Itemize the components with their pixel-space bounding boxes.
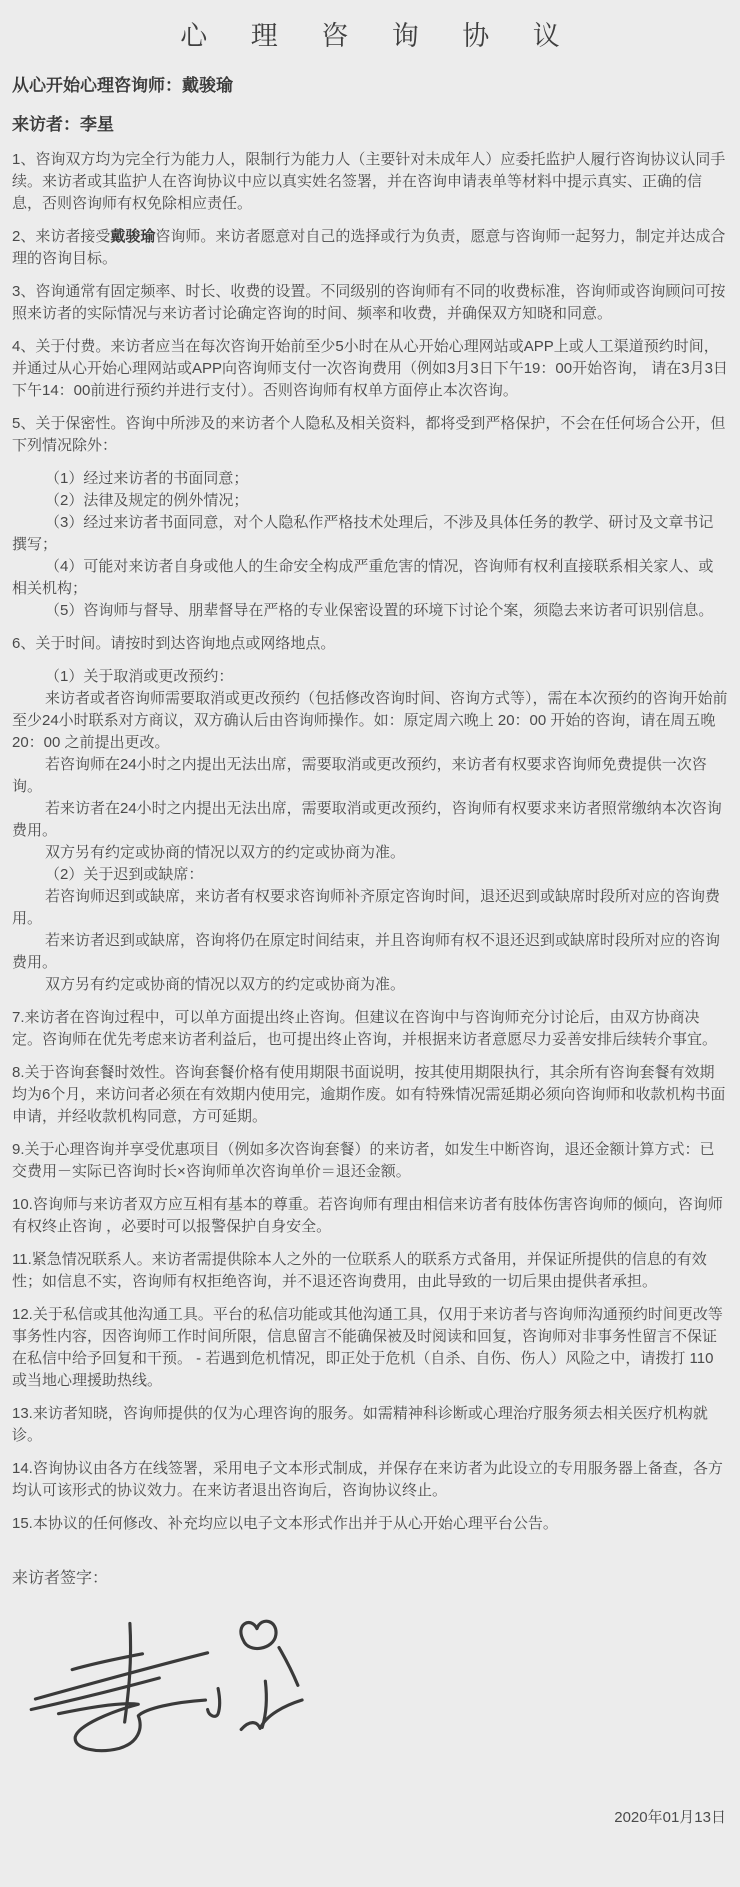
clause-paragraph: 3、咨询通常有固定频率、时长、收费的设置。不同级别的咨询师有不同的收费标准，咨询… (12, 281, 728, 325)
agreement-document: 心 理 咨 询 协 议 从心开始心理咨询师：戴骏瑜 来访者：李星 1、咨询双方均… (0, 0, 740, 1887)
clause-paragraph: 9.关于心理咨询并享受优惠项目（例如多次咨询套餐）的来访者，如发生中断咨询，退还… (12, 1139, 728, 1183)
clause-paragraph: 4、关于付费。来访者应当在每次咨询开始前至少5小时在从心开始心理网站或APP上或… (12, 336, 728, 402)
visitor-signature (24, 1594, 324, 1762)
sub-clause: （2）关于迟到或缺席： (12, 864, 728, 886)
visitor-line: 来访者：李星 (12, 110, 728, 135)
visitor-name: 李星 (80, 115, 114, 134)
clause-paragraph: 12.关于私信或其他沟通工具。平台的私信功能或其他沟通工具，仅用于来访者与咨询师… (12, 1304, 728, 1392)
clause-paragraph: 8.关于咨询套餐时效性。咨询套餐价格有使用期限书面说明，按其使用期限执行，其余所… (12, 1062, 728, 1128)
clause-paragraph: 2、来访者接受戴骏瑜咨询师。来访者愿意对自己的选择或行为负责，愿意与咨询师一起努… (12, 226, 728, 270)
sub-clause: 若来访者在24小时之内提出无法出席，需要取消或更改预约，咨询师有权要求来访者照常… (12, 798, 728, 842)
signature-label: 来访者签字： (12, 1565, 728, 1588)
sub-clause: （3）经过来访者书面同意，对个人隐私作严格技术处理后，不涉及具体任务的教学、研讨… (12, 512, 728, 556)
agreement-page: { "doc": { "title": "心 理 咨 询 协 议", "coun… (0, 0, 740, 1887)
clause-paragraph: 10.咨询师与来访者双方应互相有基本的尊重。若咨询师有理由相信来访者有肢体伤害咨… (12, 1194, 728, 1238)
sub-clause: 若咨询师在24小时之内提出无法出席，需要取消或更改预约，来访者有权要求咨询师免费… (12, 754, 728, 798)
sub-clause: （1）经过来访者的书面同意； (12, 468, 728, 490)
sub-clause: 双方另有约定或协商的情况以双方的约定或协商为准。 (12, 974, 728, 996)
counselor-line: 从心开始心理咨询师：戴骏瑜 (12, 71, 728, 96)
sub-clause: 若咨询师迟到或缺席，来访者有权要求咨询师补齐原定咨询时间，退还迟到或缺席时段所对… (12, 886, 728, 930)
page-title: 心 理 咨 询 协 议 (12, 14, 728, 53)
clause-paragraph: 6、关于时间。请按时到达咨询地点或网络地点。 (12, 633, 728, 655)
sub-clause: 来访者或者咨询师需要取消或更改预约（包括修改咨询时间、咨询方式等），需在本次预约… (12, 688, 728, 754)
sub-clause: （1）关于取消或更改预约： (12, 666, 728, 688)
counselor-label: 从心开始心理咨询师： (12, 76, 182, 95)
agreement-date: 2020年01月13日 (12, 1806, 726, 1827)
clause-paragraph: 5、关于保密性。咨询中所涉及的来访者个人隐私及相关资料，都将受到严格保护，不会在… (12, 413, 728, 457)
clause-paragraph: 11.紧急情况联系人。来访者需提供除本人之外的一位联系人的联系方式备用，并保证所… (12, 1249, 728, 1293)
visitor-label: 来访者： (12, 115, 80, 134)
sub-clause: （5）咨询师与督导、朋辈督导在严格的专业保密设置的环境下讨论个案，须隐去来访者可… (12, 600, 728, 622)
sub-clause: 双方另有约定或协商的情况以双方的约定或协商为准。 (12, 842, 728, 864)
clause-paragraph: 1、咨询双方均为完全行为能力人，限制行为能力人（主要针对未成年人）应委托监护人履… (12, 149, 728, 215)
clause-paragraph: 7.来访者在咨询过程中，可以单方面提出终止咨询。但建议在咨询中与咨询师充分讨论后… (12, 1007, 728, 1051)
clause-paragraph: 14.咨询协议由各方在线签署，采用电子文本形式制成，并保存在来访者为此设立的专用… (12, 1458, 728, 1502)
clause-list: 1、咨询双方均为完全行为能力人，限制行为能力人（主要针对未成年人）应委托监护人履… (12, 149, 728, 1535)
sub-clause: 若来访者迟到或缺席，咨询将仍在原定时间结束，并且咨询师有权不退还迟到或缺席时段所… (12, 930, 728, 974)
clause-paragraph: 15.本协议的任何修改、补充均应以电子文本形式作出并于从心开始心理平台公告。 (12, 1513, 728, 1535)
handwritten-signature-drawing (24, 1594, 324, 1762)
sub-clause: （2）法律及规定的例外情况； (12, 490, 728, 512)
clause-paragraph: 13.来访者知晓，咨询师提供的仅为心理咨询的服务。如需精神科诊断或心理治疗服务须… (12, 1403, 728, 1447)
counselor-name: 戴骏瑜 (182, 76, 233, 95)
sub-clause: （4）可能对来访者自身或他人的生命安全构成严重危害的情况，咨询师有权利直接联系相… (12, 556, 728, 600)
